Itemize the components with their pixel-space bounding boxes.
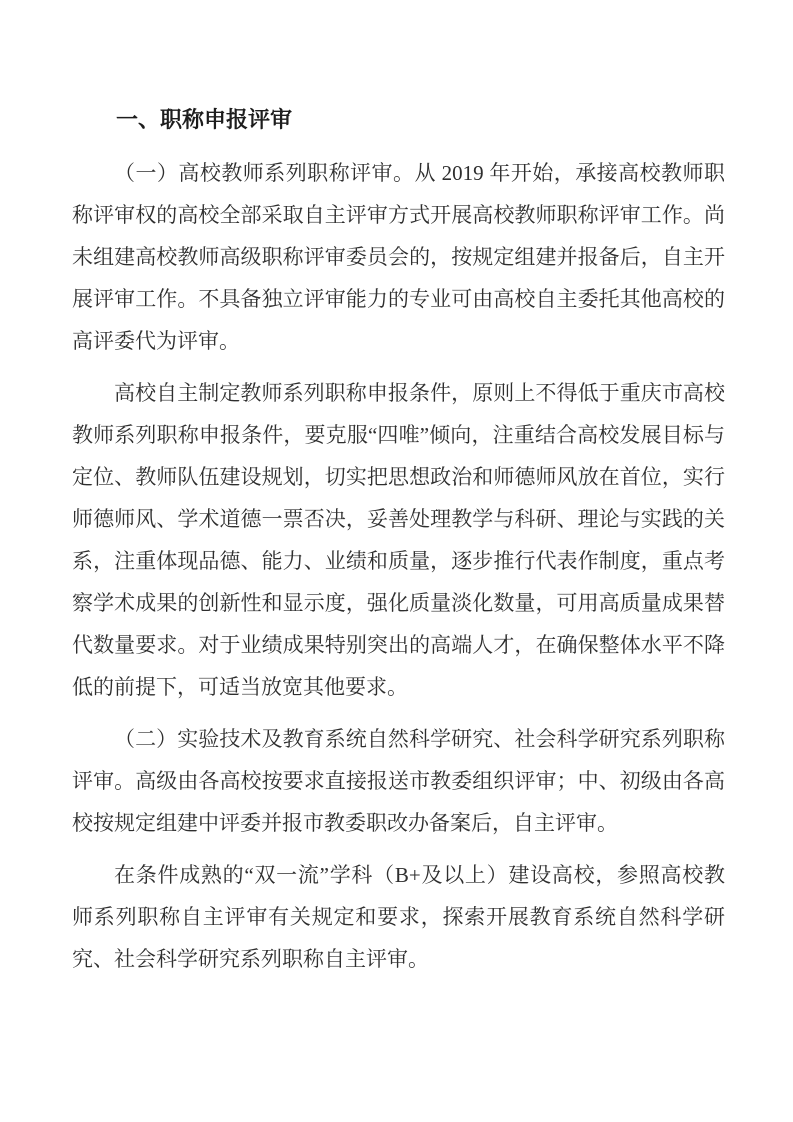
paragraph-4: 在条件成熟的“双一流”学科（B+及以上）建设高校，参照高校教师系列职称自主评审有… — [72, 854, 725, 980]
document-page: 一、职称申报评审 （一）高校教师系列职称评审。从 2019 年开始，承接高校教师… — [0, 0, 793, 1122]
paragraph-2: 高校自主制定教师系列职称申报条件，原则上不得低于重庆市高校教师系列职称申报条件，… — [72, 372, 725, 708]
paragraph-1: （一）高校教师系列职称评审。从 2019 年开始，承接高校教师职称评审权的高校全… — [72, 152, 725, 362]
section-heading: 一、职称申报评审 — [72, 106, 725, 134]
paragraph-3: （二）实验技术及教育系统自然科学研究、社会科学研究系列职称评审。高级由各高校按要… — [72, 718, 725, 844]
